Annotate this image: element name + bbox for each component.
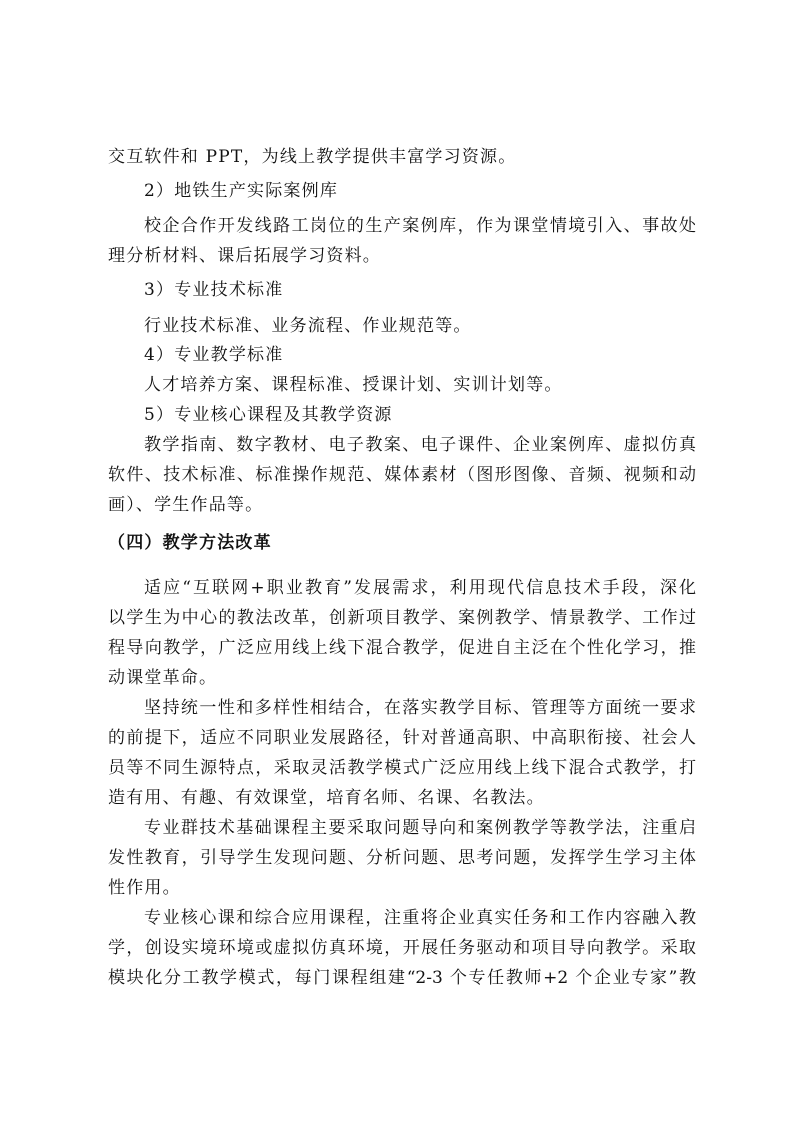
paragraph-line: 行业技术标准、业务流程、作业规范等。 [108,315,696,337]
paragraph-line: 员等不同生源特点，采取灵活教学模式广泛应用线上线下混合式教学，打 [108,757,696,779]
paragraph-line: 性作用。 [108,877,696,899]
paragraph-line: 程导向教学，广泛应用线上线下混合教学，促进自主泛在个性化学习，推 [108,637,696,659]
paragraph-line: 校企合作开发线路工岗位的生产案例库，作为课堂情境引入、事故处 [108,215,696,237]
paragraph-line: 的前提下，适应不同职业发展路径，针对普通高职、中高职衔接、社会人 [108,727,696,749]
paragraph-line: 模块化分工教学模式，每门课程组建“2-3 个专任教师+2 个企业专家”教 [108,967,696,989]
paragraph-line: 发性教育，引导学生发现问题、分析问题、思考问题，发挥学生学习主体 [108,847,696,869]
paragraph-line: 以学生为中心的教法改革，创新项目教学、案例教学、情景教学、工作过 [108,607,696,629]
section-heading: （四）教学方法改革 [108,532,696,554]
paragraph-line: 画）、学生作品等。 [108,494,696,516]
paragraph-line: 理分析材料、课后拓展学习资料。 [108,245,696,267]
paragraph-line: 交互软件和 PPT，为线上教学提供丰富学习资源。 [108,146,696,168]
paragraph-line: 专业群技术基础课程主要采取问题导向和案例教学等教学法，注重启 [108,817,696,839]
paragraph-line: 人才培养方案、课程标准、授课计划、实训计划等。 [108,374,696,396]
list-item-heading: 5）专业核心课程及其教学资源 [108,404,696,426]
paragraph-line: 适应“互联网+职业教育”发展需求，利用现代信息技术手段，深化 [108,577,696,599]
paragraph-line: 坚持统一性和多样性相结合，在落实教学目标、管理等方面统一要求 [108,697,696,719]
paragraph-line: 软件、技术标准、标准操作规范、媒体素材（图形图像、音频、视频和动 [108,464,696,486]
paragraph-line: 动课堂革命。 [108,667,696,689]
paragraph-line: 学，创设实境环境或虚拟仿真环境，开展任务驱动和项目导向教学。采取 [108,937,696,959]
list-item-heading: 4）专业教学标准 [108,344,696,366]
paragraph-line: 专业核心课和综合应用课程，注重将企业真实任务和工作内容融入教 [108,907,696,929]
paragraph-line: 造有用、有趣、有效课堂，培育名师、名课、名教法。 [108,787,696,809]
list-item-heading: 3）专业技术标准 [108,279,696,301]
paragraph-line: 教学指南、数字教材、电子教案、电子课件、企业案例库、虚拟仿真 [108,434,696,456]
list-item-heading: 2）地铁生产实际案例库 [108,180,696,202]
